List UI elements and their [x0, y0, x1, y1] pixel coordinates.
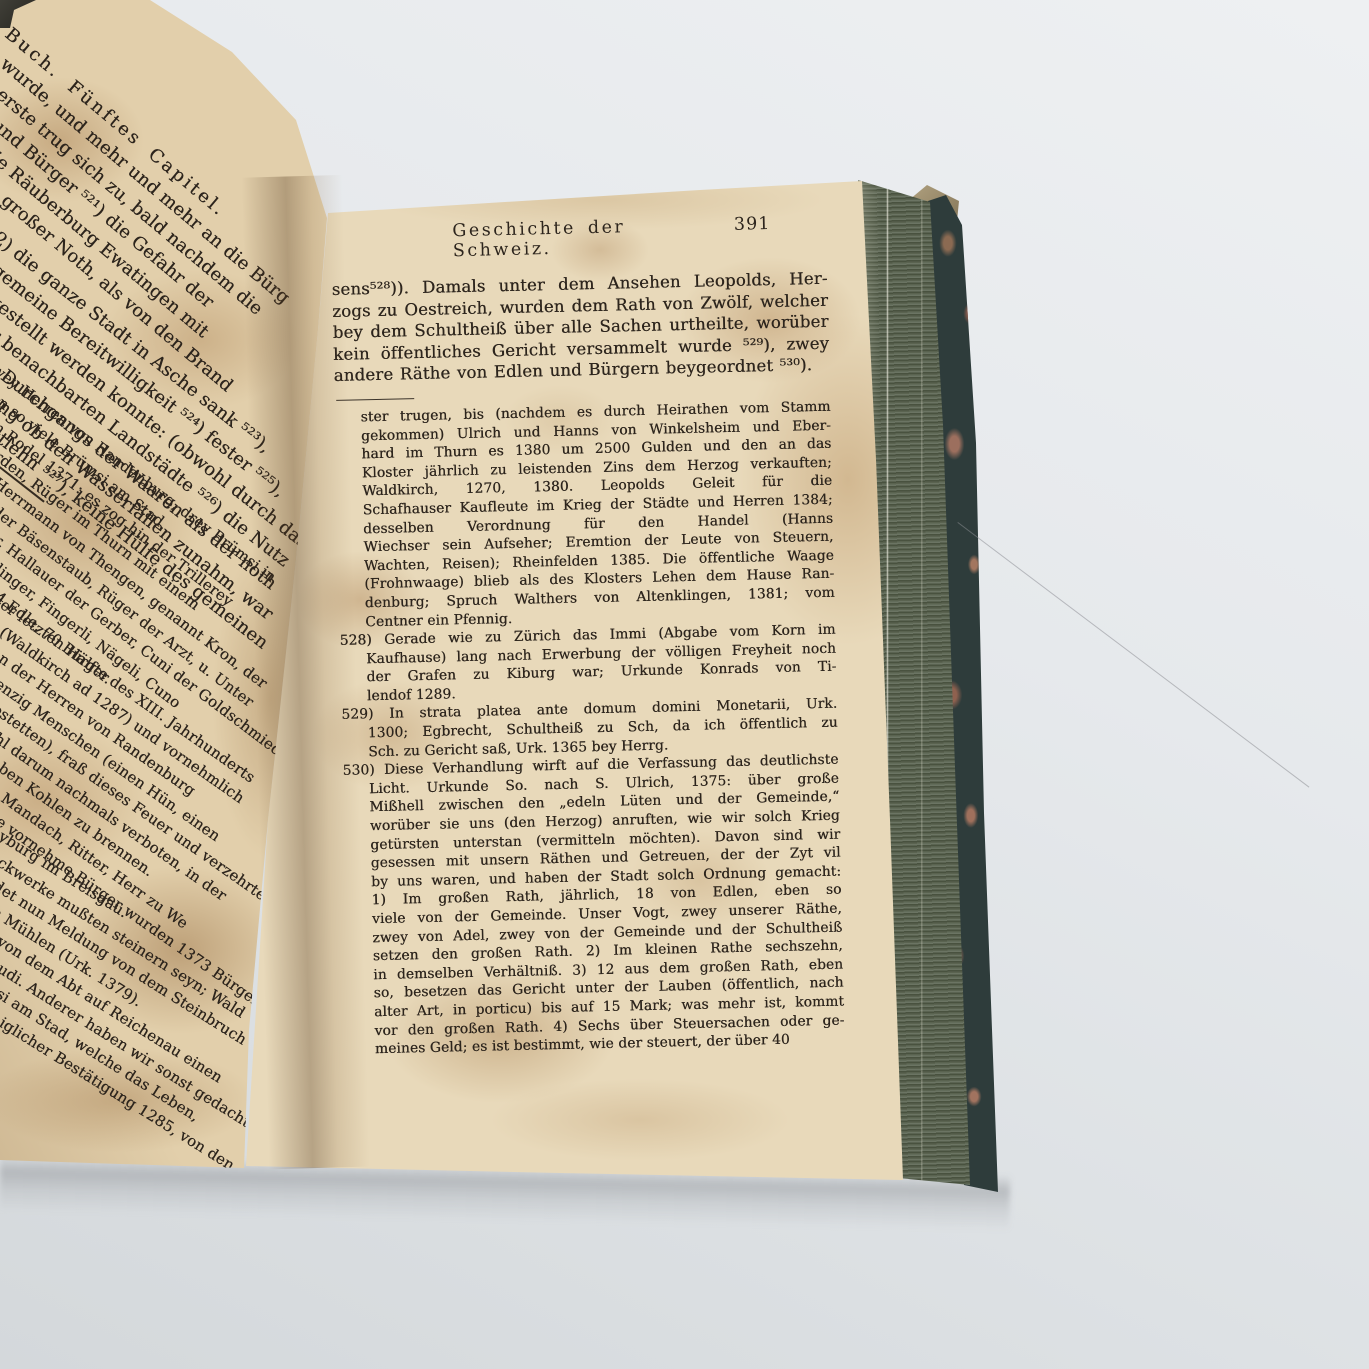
- footnotes: ster trugen, bis (nachdem es durch Heira…: [334, 398, 845, 1060]
- running-title: Geschichte der Schweiz.: [452, 215, 734, 261]
- main-text: sens⁵²⁸)). Damals unter dem Ansehen Leop…: [331, 268, 829, 387]
- photo-background: Geschichte der Schweiz. 391 sens⁵²⁸)). D…: [0, 0, 1369, 1369]
- page-number: 391: [734, 214, 771, 235]
- right-page-text: Geschichte der Schweiz. 391 sens⁵²⁸)). D…: [330, 203, 845, 1060]
- surface-scratch-line: [957, 522, 1309, 788]
- page-header: Geschichte der Schweiz. 391: [330, 203, 827, 264]
